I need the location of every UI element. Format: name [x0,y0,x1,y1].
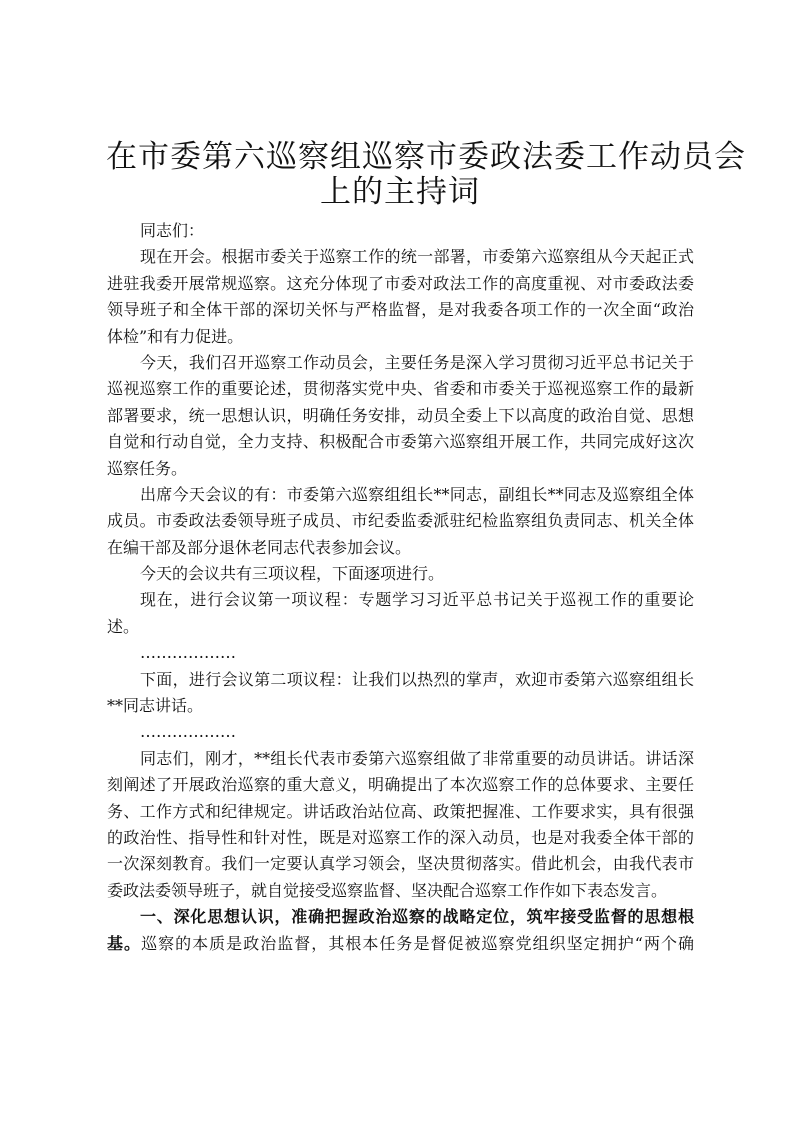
document-page: 在市委第六巡察组巡察市委政法委工作动员会 上的主持词 同志们：现在开会。根据市委… [0,0,793,1121]
text-line: ……………… [107,640,694,666]
text-line: 同志们，刚才，**组长代表市委第六巡察组做了非常重要的动员讲话。讲话深 [107,746,694,772]
text-line: 下面，进行会议第二项议程：让我们以热烈的掌声，欢迎市委第六巡察组组长 [107,667,694,693]
text-line: 成员。市委政法委领导班子成员、市纪委监委派驻纪检监察组负责同志、机关全体 [107,508,694,534]
text-line: 刻阐述了开展政治巡察的重大意义，明确提出了本次巡察工作的总体要求、主要任 [107,772,694,798]
text-line: 出席今天会议的有：市委第六巡察组组长**同志，副组长**同志及巡察组全体 [107,482,694,508]
text-line: 今天的会议共有三项议程，下面逐项进行。 [107,561,694,587]
section-heading-tail: 基。 [107,934,141,953]
section-body-text: 巡察的本质是政治监督，其根本任务是督促被巡察党组织坚定拥护“两个确 [141,934,694,953]
text-line: 现在开会。根据市委关于巡察工作的统一部署，市委第六巡察组从今天起正式 [107,244,694,270]
text-line: 进驻我委开展常规巡察。这充分体现了市委对政法工作的高度重视、对市委政法委 [107,271,694,297]
text-line: 体检”和有力促进。 [107,324,694,350]
text-line: 巡视巡察工作的重要论述，贯彻落实党中央、省委和市委关于巡视巡察工作的最新 [107,376,694,402]
text-line: 自觉和行动自觉，全力支持、积极配合市委第六巡察组开展工作，共同完成好这次 [107,429,694,455]
text-line: 的政治性、指导性和针对性，既是对巡察工作的深入动员，也是对我委全体干部的 [107,825,694,851]
section-heading-line-2: 基。巡察的本质是政治监督，其根本任务是督促被巡察党组织坚定拥护“两个确 [107,931,694,957]
text-line: 部署要求，统一思想认识，明确任务安排，动员全委上下以高度的政治自觉、思想 [107,403,694,429]
text-line: 一次深刻教育。我们一定要认真学习领会，坚决贯彻落实。借此机会，由我代表市 [107,851,694,877]
text-line: 委政法委领导班子，就自觉接受巡察监督、坚决配合巡察工作作如下表态发言。 [107,878,694,904]
text-line: 述。 [107,614,694,640]
text-line: 今天，我们召开巡察工作动员会，主要任务是深入学习贯彻习近平总书记关于 [107,350,694,376]
text-line: 同志们： [107,218,694,244]
title-line-1: 在市委第六巡察组巡察市委政法委工作动员会 [106,140,694,175]
title-line-2: 上的主持词 [106,175,694,210]
text-line: ……………… [107,719,694,745]
text-line: 巡察任务。 [107,456,694,482]
section-heading-line-1: 一、深化思想认识，准确把握政治巡察的战略定位，筑牢接受监督的思想根 [107,904,694,930]
document-body: 同志们：现在开会。根据市委关于巡察工作的统一部署，市委第六巡察组从今天起正式进驻… [107,218,694,957]
text-line: 在编干部及部分退休老同志代表参加会议。 [107,535,694,561]
text-line: 现在，进行会议第一项议程：专题学习习近平总书记关于巡视工作的重要论 [107,587,694,613]
text-line: 领导班子和全体干部的深切关怀与严格监督，是对我委各项工作的一次全面“政治 [107,297,694,323]
document-title: 在市委第六巡察组巡察市委政法委工作动员会 上的主持词 [106,140,694,210]
paragraph-lines: 同志们：现在开会。根据市委关于巡察工作的统一部署，市委第六巡察组从今天起正式进驻… [107,218,694,904]
text-line: 务、工作方式和纪律规定。讲话政治站位高、政策把握准、工作要求实，具有很强 [107,799,694,825]
text-line: **同志讲话。 [107,693,694,719]
